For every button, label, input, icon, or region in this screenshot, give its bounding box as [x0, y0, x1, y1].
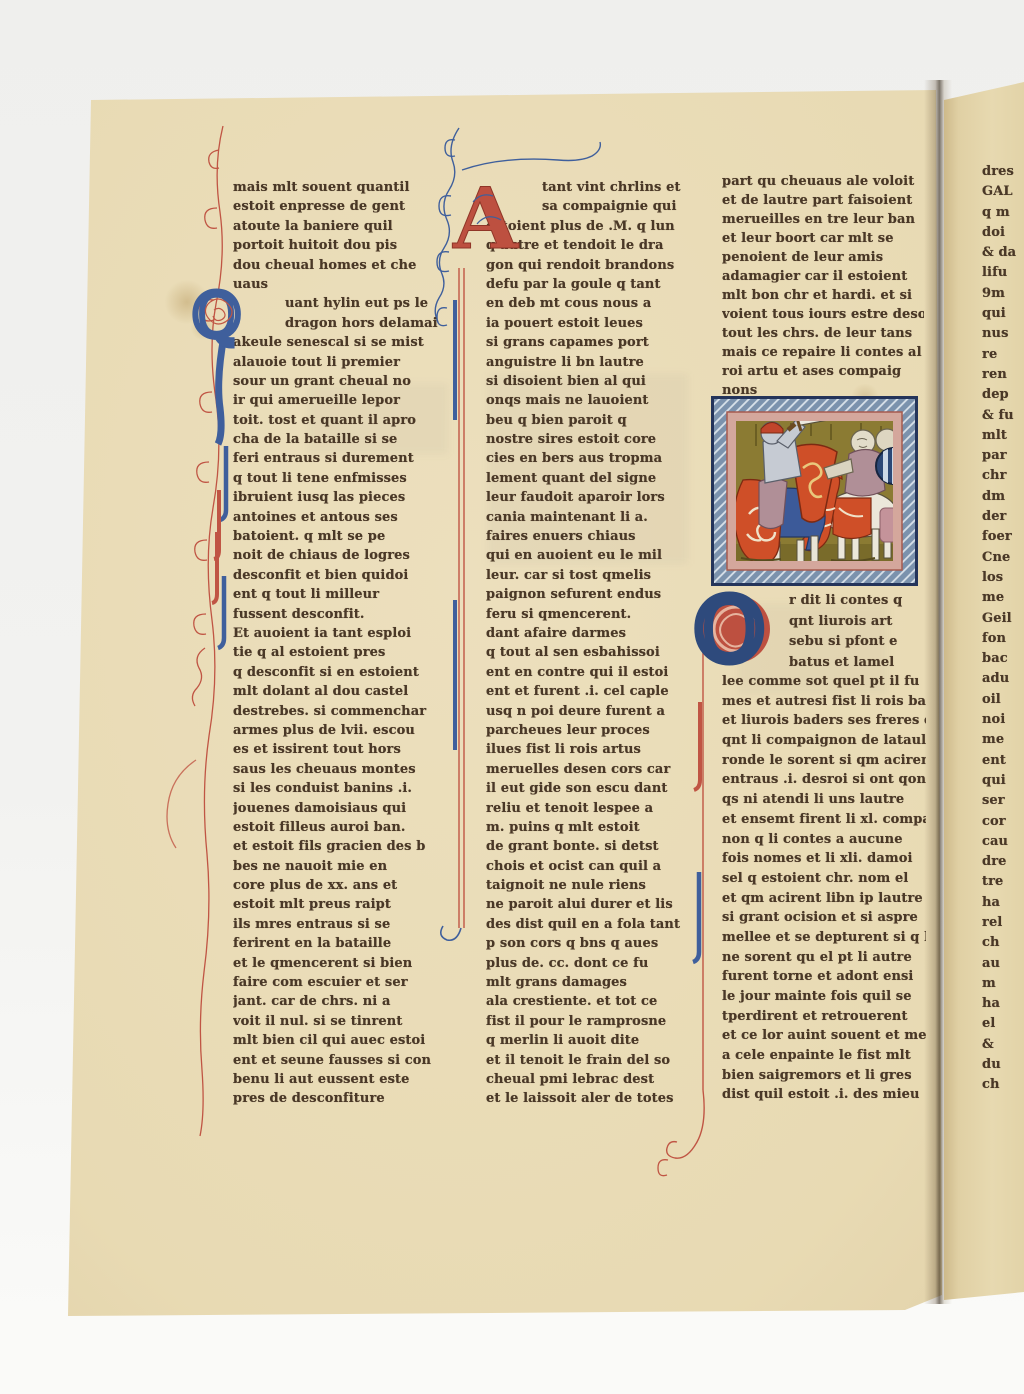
red-margin-flourish-col1: [167, 126, 223, 1136]
text-line: p son cors q bns q aues: [486, 934, 700, 953]
text-line: alauoie tout li premier: [233, 353, 441, 372]
text-line: de grant bonte. si detst: [486, 837, 700, 856]
text-line: ibruient iusq las pieces: [233, 488, 441, 507]
text-line: mlt grans damages: [486, 973, 700, 992]
text-line: ala crestiente. et tot ce: [486, 992, 700, 1011]
text-line: 9m: [982, 284, 1024, 304]
text-line: et le qmencerent si bien: [233, 954, 441, 973]
text-line: jouenes damoisiaus qui: [233, 799, 441, 818]
manuscript-photo: mais mlt souent quantilestoit enpresse d…: [0, 0, 1024, 1394]
text-line: &: [982, 1035, 1024, 1055]
text-line: reliu et tenoit lespee a: [486, 799, 700, 818]
text-line: q desconfit si en estoient: [233, 663, 441, 682]
text-line: si grant ocision et si aspre: [722, 908, 926, 928]
text-line: onqs mais ne lauoient: [486, 391, 700, 410]
text-line: ent en contre qui il estoi: [486, 663, 700, 682]
text-line: q tout li tene enfmisses: [233, 469, 441, 488]
text-column-1: mais mlt souent quantilestoit enpresse d…: [233, 178, 441, 1109]
text-line: et il tenoit le frain del so: [486, 1051, 700, 1070]
text-line: jant. car de chrs. ni a: [233, 992, 441, 1011]
text-line: non q li contes a aucune: [722, 830, 926, 850]
text-line: dm: [982, 487, 1024, 507]
text-line: par: [982, 446, 1024, 466]
text-line: mellee et se depturent si q li un: [722, 928, 926, 948]
text-line: dres: [982, 162, 1024, 182]
text-line: lifu: [982, 263, 1024, 283]
text-line: & da: [982, 243, 1024, 263]
text-line: paignon sefurent endus: [486, 585, 700, 604]
text-line: entraus .i. desroi si ont qon: [722, 770, 926, 790]
text-line: re: [982, 345, 1024, 365]
text-line: ch: [982, 933, 1024, 953]
text-line: los: [982, 568, 1024, 588]
text-line: ent q tout li milleur: [233, 585, 441, 604]
text-line: usq n poi deure furent a: [486, 702, 700, 721]
text-line: tre: [982, 872, 1024, 892]
text-line: ent et furent .i. cel caple: [486, 682, 700, 701]
text-line: qui en auoient eu le mil: [486, 546, 700, 565]
text-line: fussent desconfit.: [233, 605, 441, 624]
text-line: es et issirent tout hors: [233, 740, 441, 759]
text-line: et ce lor auint souent et menu: [722, 1026, 926, 1046]
text-line: sour un grant cheual no: [233, 372, 441, 391]
text-line: et le laissoit aler de totes: [486, 1089, 700, 1108]
text-line: ilues fist li rois artus: [486, 740, 700, 759]
text-line: saus les cheuaus montes: [233, 760, 441, 779]
text-line: core plus de xx. ans et: [233, 876, 441, 895]
text-line: uant hylin eut ps le: [233, 294, 441, 313]
initial-O: O: [694, 584, 780, 676]
text-line: mlt bon chr et hardi. et si: [722, 286, 924, 305]
text-line: bien saigremors et li gres: [722, 1066, 926, 1086]
text-line: beu q bien paroit q: [486, 411, 700, 430]
text-line: me: [982, 588, 1024, 608]
text-line: Et auoient ia tant esploi: [233, 624, 441, 643]
text-line: toit. tost et quant il apro: [233, 411, 441, 430]
text-line: il eut gide son escu dant: [486, 779, 700, 798]
text-line: ronde le sorent si qm acirent: [722, 751, 926, 771]
text-line: et de lautre part faisoient: [722, 191, 924, 210]
text-column-3-top: part qu cheuaus ale voloitet de lautre p…: [722, 172, 924, 400]
text-line: au: [982, 954, 1024, 974]
text-line: cau: [982, 832, 1024, 852]
text-line: antoines et antous ses: [233, 508, 441, 527]
text-line: el: [982, 1014, 1024, 1034]
text-line: foer: [982, 527, 1024, 547]
text-line: rel: [982, 913, 1024, 933]
text-line: mes et autresi fist li rois bans: [722, 692, 926, 712]
text-line: si grans capames port: [486, 333, 700, 352]
text-line: ha: [982, 994, 1024, 1014]
text-line: roi artu et ases compaig: [722, 362, 924, 381]
text-line: le jour mainte fois quil se: [722, 987, 926, 1007]
text-line: feri entraus si durement: [233, 449, 441, 468]
text-line: a cele enpainte le fist mlt: [722, 1046, 926, 1066]
text-line: parcheues leur proces: [486, 721, 700, 740]
svg-text:O: O: [694, 584, 765, 676]
initial-Q: Q: [190, 282, 260, 452]
text-line: estoit enpresse de gent: [233, 197, 441, 216]
text-line: ir qui amerueille lepor: [233, 391, 441, 410]
text-line: ils mres entraus si se: [233, 915, 441, 934]
text-line: ha: [982, 893, 1024, 913]
text-line: fon: [982, 629, 1024, 649]
text-line: Geil: [982, 609, 1024, 629]
text-line: dant afaire darmes: [486, 624, 700, 643]
text-line: cha de la bataille si se: [233, 430, 441, 449]
text-line: nostre sires estoit core: [486, 430, 700, 449]
text-line: ent: [982, 751, 1024, 771]
next-page-text-fragments: dresGALq mdoi& dalifu9mquinusrerendep& f…: [982, 162, 1024, 1106]
text-line: et qm acirent libn ip lautre: [722, 889, 926, 909]
text-line: & fu: [982, 406, 1024, 426]
text-line: ia pouert estoit leues: [486, 314, 700, 333]
text-line: noi: [982, 710, 1024, 730]
text-line: tperdirent et retrouerent: [722, 1007, 926, 1027]
svg-text:Q: Q: [192, 282, 241, 351]
text-line: mlt: [982, 426, 1024, 446]
text-line: benu li aut eussent este: [233, 1070, 441, 1089]
text-line: tie q al estoient pres: [233, 643, 441, 662]
text-line: akeule senescal si se mist: [233, 333, 441, 352]
text-line: anguistre li bn lautre: [486, 353, 700, 372]
text-line: batus et lamel: [789, 653, 925, 674]
text-line: adu: [982, 669, 1024, 689]
text-line: doi: [982, 223, 1024, 243]
text-line: sel q estoient chr. nom el: [722, 869, 926, 889]
text-line: qnt li compaignon de lataule: [722, 731, 926, 751]
text-line: mais mlt souent quantil: [233, 178, 441, 197]
text-line: si les conduist banins .i.: [233, 779, 441, 798]
text-line: estoit mlt preus raipt: [233, 895, 441, 914]
text-line: leur. car si tost qmelis: [486, 566, 700, 585]
text-line: furent torne et adont ensi: [722, 967, 926, 987]
text-line: lement quant del signe: [486, 469, 700, 488]
text-line: ne sorent qu el pt li autre: [722, 948, 926, 968]
text-line: mlt dolant al dou castel: [233, 682, 441, 701]
text-line: me: [982, 730, 1024, 750]
text-line: en deb mt cous nous a: [486, 294, 700, 313]
text-line: chr: [982, 466, 1024, 486]
text-line: du: [982, 1055, 1024, 1075]
text-line: plus de. cc. dont ce fu: [486, 954, 700, 973]
text-column-3-beside-initial: r dit li contes qqnt liurois artsebu si …: [789, 591, 925, 673]
text-line: mais ce repaire li contes al: [722, 343, 924, 362]
text-line: q merlin li auoit dite: [486, 1031, 700, 1050]
text-line: armes plus de lvii. escou: [233, 721, 441, 740]
text-line: nus: [982, 324, 1024, 344]
text-column-3-bottom: lee comme sot quel pt il fumes et autres…: [722, 672, 926, 1105]
text-line: faire com escuier et ser: [233, 973, 441, 992]
initial-A: A: [447, 166, 531, 266]
text-line: merueilles en tre leur ban: [722, 210, 924, 229]
text-line: voit il nul. si se tinrent: [233, 1012, 441, 1031]
text-line: dep: [982, 385, 1024, 405]
text-line: ent et seune fausses si con: [233, 1051, 441, 1070]
text-line: ch: [982, 1075, 1024, 1095]
text-line: Cne: [982, 548, 1024, 568]
text-line: et estoit fils gracien des b: [233, 837, 441, 856]
text-line: r dit li contes q: [789, 591, 925, 612]
text-line: ne paroit alui durer et lis: [486, 895, 700, 914]
text-line: chois et ocist can quil a: [486, 857, 700, 876]
text-line: feru si qmencerent.: [486, 605, 700, 624]
text-line: et ensemt firent li xl. compaig: [722, 810, 926, 830]
text-line: portoit huitoit dou pis: [233, 236, 441, 255]
text-line: part qu cheuaus ale voloit: [722, 172, 924, 191]
text-line: der: [982, 507, 1024, 527]
text-line: cheual pmi lebrac dest: [486, 1070, 700, 1089]
text-line: q tout al sen esbahissoi: [486, 643, 700, 662]
text-line: defu par la goule q tant: [486, 275, 700, 294]
text-line: si disoient bien al qui: [486, 372, 700, 391]
text-line: m. puins q mlt estoit: [486, 818, 700, 837]
red-blue-rule-col2: [441, 268, 464, 940]
text-line: dragon hors delamai: [233, 314, 441, 333]
text-line: GAL: [982, 182, 1024, 202]
text-line: voient tous iours estre desor: [722, 305, 924, 324]
text-line: meruelles desen cors car: [486, 760, 700, 779]
text-line: m: [982, 974, 1024, 994]
miniature: [711, 396, 918, 586]
text-line: ser: [982, 791, 1024, 811]
text-line: destrebes. si commenchar: [233, 702, 441, 721]
text-line: dre: [982, 852, 1024, 872]
text-line: cor: [982, 812, 1024, 832]
text-line: bac: [982, 649, 1024, 669]
text-line: des dist quil en a fola tant: [486, 915, 700, 934]
text-line: cies en bers aus tropma: [486, 449, 700, 468]
text-line: desconfit et bien quidoi: [233, 566, 441, 585]
text-line: adamagier car il estoient: [722, 267, 924, 286]
text-column-2: tant vint chrlins etsa compaignie quiest…: [486, 178, 700, 1109]
text-line: et leur boort car mlt se: [722, 229, 924, 248]
text-line: qnt liurois art: [789, 612, 925, 633]
text-line: uaus: [233, 275, 441, 294]
text-line: qs ni atendi li uns lautre: [722, 790, 926, 810]
text-line: ferirent en la bataille: [233, 934, 441, 953]
text-line: qui: [982, 771, 1024, 791]
text-line: q m: [982, 203, 1024, 223]
text-line: noit de chiaus de logres: [233, 546, 441, 565]
text-line: mlt bien cil qui auec estoi: [233, 1031, 441, 1050]
text-line: cania maintenant li a.: [486, 508, 700, 527]
text-line: atoute la baniere quil: [233, 217, 441, 236]
text-line: batoient. q mlt se pe: [233, 527, 441, 546]
text-line: dist quil estoit .i. des mieu: [722, 1085, 926, 1105]
text-line: penoient de leur amis: [722, 248, 924, 267]
text-line: tout les chrs. de leur tans: [722, 324, 924, 343]
text-line: sebu si pfont e: [789, 632, 925, 653]
text-line: fois nomes et li xli. damoi: [722, 849, 926, 869]
text-line: pres de desconfiture: [233, 1089, 441, 1108]
text-line: et liurois baders ses freres et: [722, 711, 926, 731]
text-line: faires enuers chiaus: [486, 527, 700, 546]
text-line: estoit filleus auroi ban.: [233, 818, 441, 837]
text-line: taignoit ne nule riens: [486, 876, 700, 895]
text-line: bes ne nauoit mie en: [233, 857, 441, 876]
text-line: fist il pour le ramprosne: [486, 1012, 700, 1031]
text-line: qui: [982, 304, 1024, 324]
text-line: leur faudoit aparoir lors: [486, 488, 700, 507]
text-line: oil: [982, 690, 1024, 710]
text-line: dou cheual homes et che: [233, 256, 441, 275]
text-line: ren: [982, 365, 1024, 385]
